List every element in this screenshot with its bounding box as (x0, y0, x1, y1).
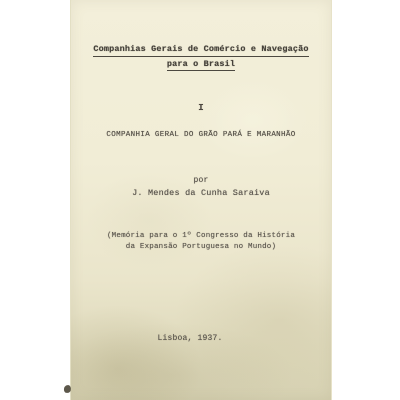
document-title: COMPANHIA GERAL DO GRÃO PARÁ E MARANHÃO (71, 131, 331, 139)
imprint-place-year: Lisboa, 1937. (60, 334, 320, 343)
letterhead-line-2: para o Brasil (167, 59, 235, 72)
byline-label: por (71, 176, 331, 185)
congress-note-line-2: da Expansão Portuguesa no Mundo) (71, 243, 331, 251)
letterhead-line-1: Companhias Gerais de Comércio e Navegaçã… (93, 44, 308, 57)
section-numeral: I (71, 103, 331, 113)
document-page: Companhias Gerais de Comércio e Navegaçã… (70, 0, 332, 400)
letterhead: Companhias Gerais de Comércio e Navegaçã… (71, 42, 331, 71)
page-content: Companhias Gerais de Comércio e Navegaçã… (71, 0, 331, 400)
author-name: J. Mendes da Cunha Saraiva (71, 188, 331, 198)
scan-backdrop: Companhias Gerais de Comércio e Navegaçã… (0, 0, 400, 400)
congress-note-line-1: (Memória para o 1º Congresso da História (71, 232, 331, 240)
